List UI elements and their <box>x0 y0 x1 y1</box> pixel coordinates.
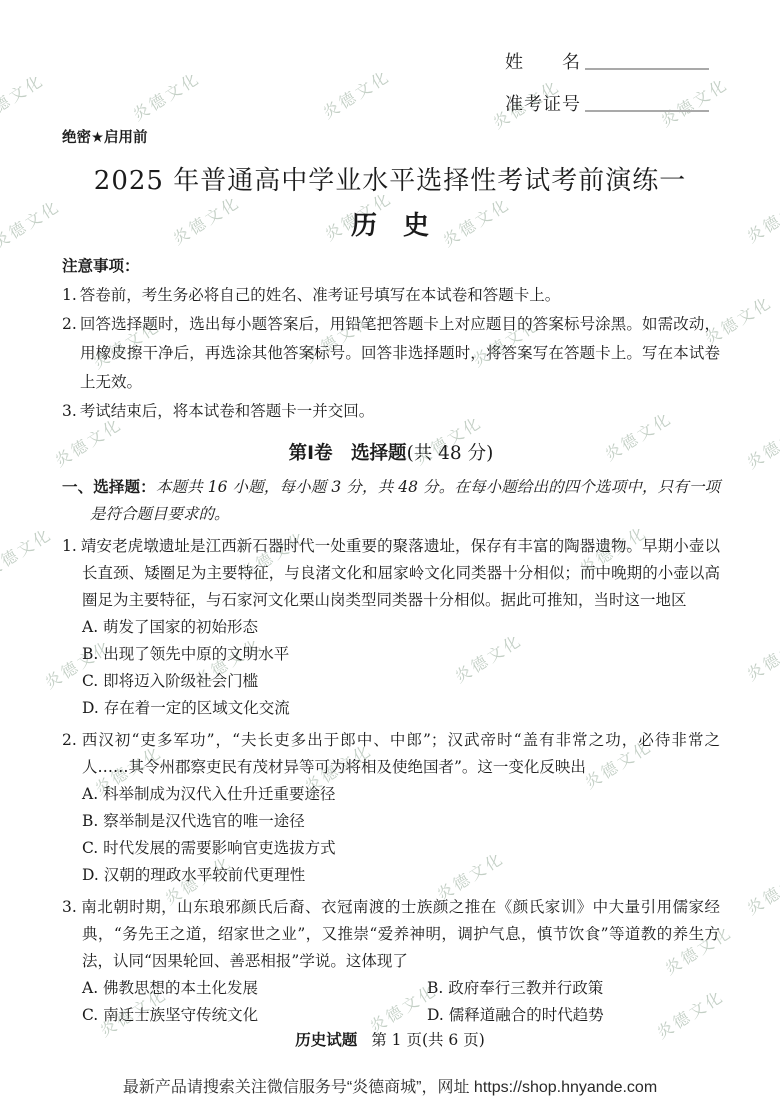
question-3: 3.南北朝时期，山东琅邪颜氏后裔、衣冠南渡的士族颜之推在《颜氏家训》中大量引用儒… <box>62 894 720 1029</box>
question-options: A. 佛教思想的本土化发展 B. 政府奉行三教并行政策 C. 南迁士族坚守传统文… <box>62 975 720 1029</box>
exam-title: 2025 年普通高中学业水平选择性考试考前演练一 <box>0 160 780 197</box>
section-points: (共 48 分) <box>407 443 494 464</box>
option-b: B. 政府奉行三教并行政策 <box>427 975 720 1002</box>
question-stem: 2.西汉初“吏多军功”，“夫长吏多出于郎中、中郎”；汉武帝时“盖有非常之功，必待… <box>62 727 720 781</box>
option-a: A. 萌发了国家的初始形态 <box>82 614 720 641</box>
notice-item-number: 2. <box>62 315 77 333</box>
question-number: 3. <box>62 898 77 916</box>
footer-doc-label: 历史试题 <box>295 1032 357 1049</box>
question-stem: 1.靖安老虎墩遗址是江西新石器时代一处重要的聚落遗址，保存有丰富的陶器遗物。早期… <box>62 533 720 614</box>
watermark-text: 炎德文化 <box>128 66 205 126</box>
notice-item-3: 3.考试结束后，将本试卷和答题卡一并交回。 <box>62 397 720 426</box>
option-c: C. 时代发展的需要影响官吏选拔方式 <box>82 835 720 862</box>
question-stem-text: 南北朝时期，山东琅邪颜氏后裔、衣冠南渡的士族颜之推在《颜氏家训》中大量引用儒家经… <box>81 898 720 970</box>
watermark-text: 炎德文化 <box>742 860 780 920</box>
name-label: 姓 名 <box>505 52 581 73</box>
notice-title: 注意事项： <box>62 252 720 281</box>
question-options: A. 科举制成为汉代入仕升迁重要途径 B. 察举制是汉代选官的唯一途径 C. 时… <box>62 781 720 889</box>
notice-item-text: 考试结束后，将本试卷和答题卡一并交回。 <box>80 402 375 420</box>
page-footer: 历史试题第 1 页(共 6 页) <box>0 1028 780 1050</box>
exam-id-underline <box>585 94 709 112</box>
exam-body: 注意事项： 1.答卷前，考生务必将自己的姓名、准考证号填写在本试卷和答题卡上。 … <box>62 252 720 1029</box>
option-c: C. 南迁士族坚守传统文化 <box>82 1002 427 1029</box>
question-stem-text: 靖安老虎墩遗址是江西新石器时代一处重要的聚落遗址，保存有丰富的陶器遗物。早期小壶… <box>81 537 720 609</box>
option-a: A. 科举制成为汉代入仕升迁重要途径 <box>82 781 720 808</box>
name-field-row: 姓 名 <box>505 48 709 74</box>
exam-subject: 历 史 <box>0 205 780 242</box>
option-b: B. 察举制是汉代选官的唯一途径 <box>82 808 720 835</box>
question-stem: 3.南北朝时期，山东琅邪颜氏后裔、衣冠南渡的士族颜之推在《颜氏家训》中大量引用儒… <box>62 894 720 975</box>
question-options: A. 萌发了国家的初始形态 B. 出现了领先中原的文明水平 C. 即将迈入阶级社… <box>62 614 720 722</box>
watermark-text: 炎德文化 <box>0 522 56 582</box>
exam-id-field-row: 准考证号 <box>505 90 709 116</box>
exam-paper-page: 炎德文化炎德文化炎德文化炎德文化炎德文化炎德文化炎德文化炎德文化炎德文化炎德文化… <box>0 0 780 1104</box>
exam-id-label: 准考证号 <box>505 94 581 115</box>
notice-item-number: 1. <box>62 286 77 304</box>
watermark-text: 炎德文化 <box>0 68 48 128</box>
section-part-label: 第Ⅰ卷 选择题 <box>289 442 407 463</box>
footer-page-info: 第 1 页(共 6 页) <box>371 1031 485 1049</box>
notice-block: 注意事项： 1.答卷前，考生务必将自己的姓名、准考证号填写在本试卷和答题卡上。 … <box>62 252 720 426</box>
instruction-text: 本题共 16 小题，每小题 3 分，共 48 分。在每小题给出的四个选项中，只有… <box>90 478 720 523</box>
watermark-text: 炎德文化 <box>742 626 780 686</box>
option-c: C. 即将迈入阶级社会门槛 <box>82 668 720 695</box>
notice-item-2: 2.回答选择题时，选出每小题答案后，用铅笔把答题卡上对应题目的答案标号涂黑。如需… <box>62 310 720 397</box>
option-a: A. 佛教思想的本土化发展 <box>82 975 427 1002</box>
candidate-info-block: 姓 名 准考证号 <box>505 48 709 132</box>
name-underline <box>585 52 709 70</box>
notice-item-text: 回答选择题时，选出每小题答案后，用铅笔把答题卡上对应题目的答案标号涂黑。如需改动… <box>80 315 720 391</box>
watermark-text: 炎德文化 <box>742 414 780 474</box>
question-number: 1. <box>62 537 77 555</box>
question-number: 2. <box>62 731 77 749</box>
question-stem-text: 西汉初“吏多军功”，“夫长吏多出于郎中、中郎”；汉武帝时“盖有非常之功，必待非常… <box>81 731 720 776</box>
notice-item-text: 答卷前，考生务必将自己的姓名、准考证号填写在本试卷和答题卡上。 <box>80 286 561 304</box>
option-d: D. 存在着一定的区域文化交流 <box>82 695 720 722</box>
instruction-label: 一、选择题： <box>62 479 156 496</box>
question-2: 2.西汉初“吏多军功”，“夫长吏多出于郎中、中郎”；汉武帝时“盖有非常之功，必待… <box>62 727 720 889</box>
notice-item-1: 1.答卷前，考生务必将自己的姓名、准考证号填写在本试卷和答题卡上。 <box>62 281 720 310</box>
notice-item-number: 3. <box>62 402 77 420</box>
watermark-text: 炎德文化 <box>318 64 395 124</box>
section-header: 第Ⅰ卷 选择题(共 48 分) <box>62 439 720 465</box>
question-1: 1.靖安老虎墩遗址是江西新石器时代一处重要的聚落遗址，保存有丰富的陶器遗物。早期… <box>62 533 720 722</box>
option-d: D. 汉朝的理政水平较前代更理性 <box>82 862 720 889</box>
secrecy-notice: 绝密★启用前 <box>62 126 148 147</box>
promo-line: 最新产品请搜索关注微信服务号“炎德商城”，网址 https://shop.hny… <box>0 1074 780 1097</box>
option-b: B. 出现了领先中原的文明水平 <box>82 641 720 668</box>
option-d: D. 儒释道融合的时代趋势 <box>427 1002 720 1029</box>
section-instruction: 一、选择题：本题共 16 小题，每小题 3 分，共 48 分。在每小题给出的四个… <box>62 474 720 528</box>
